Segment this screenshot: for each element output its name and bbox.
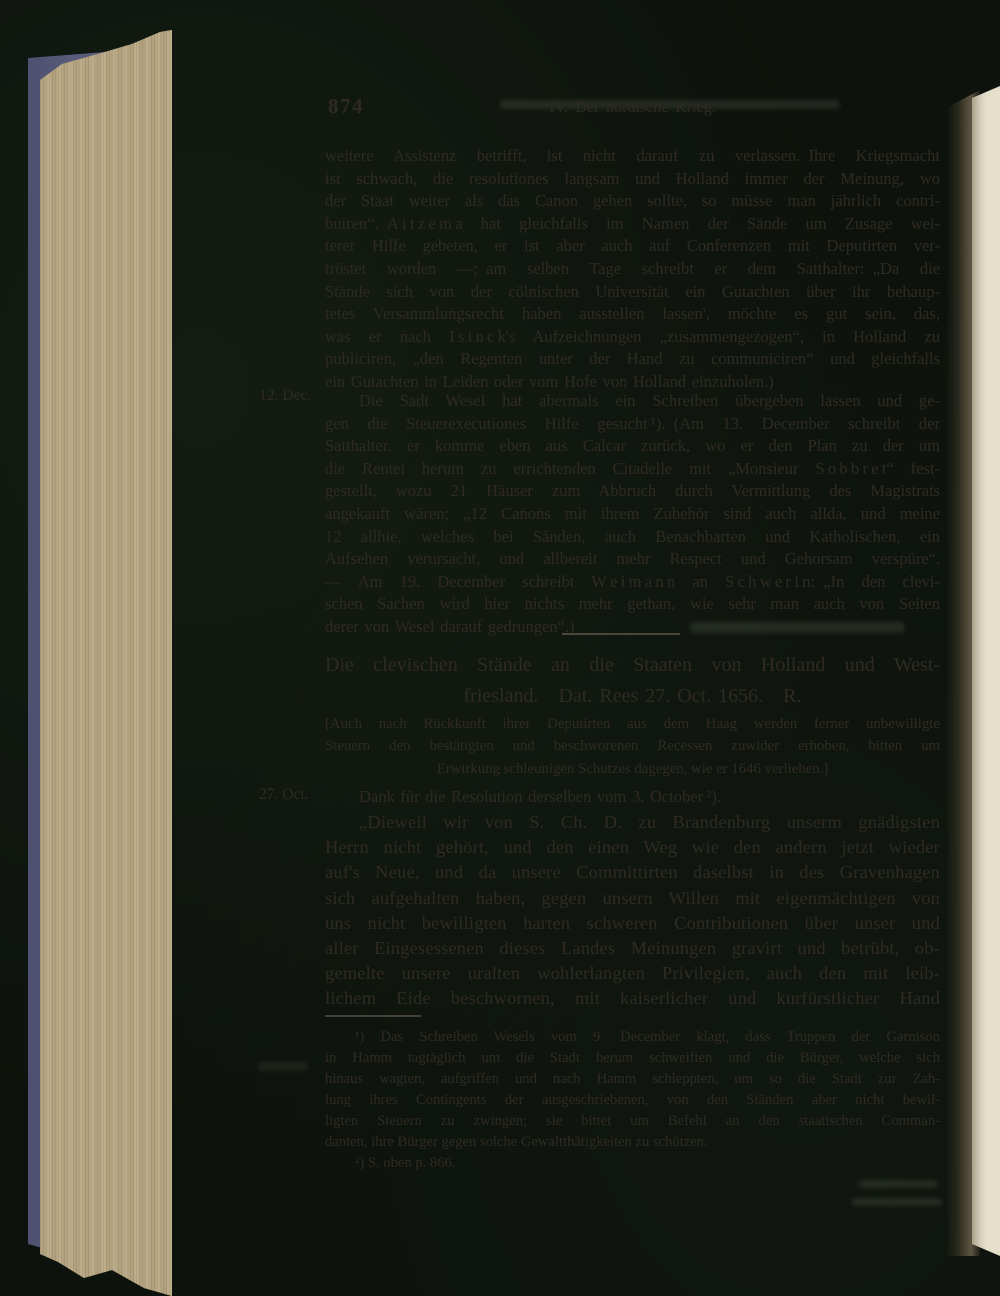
- document-summary: [Auch nach Rückkunft ihrer Deputirten au…: [325, 713, 940, 780]
- footnote: ²) S. oben p. 866.: [325, 1155, 940, 1172]
- footnote-line: ligten Steuern zu zwingen; sie bittet um…: [325, 1111, 940, 1132]
- running-header: IV. Der nordische Krieg.: [325, 99, 940, 117]
- document-heading: Die clevischen Stände an die Staaten von…: [325, 650, 940, 712]
- footnote-line: in Hamm tagtäglich um die Stadt herum sc…: [325, 1048, 940, 1069]
- text-line: auf's Neue, und da unsere Committirten d…: [325, 860, 940, 885]
- section-divider-rule: [562, 633, 680, 635]
- text-line: tetes Versammlungsrecht haben ausstellen…: [325, 303, 940, 326]
- heading-line: Die clevischen Stände an die Staaten von…: [325, 650, 940, 681]
- text-line: was er nach I s i n c k's Aufzeichnungen…: [325, 326, 940, 349]
- text-line: aller Eingesessenen dieses Landes Meinun…: [325, 936, 940, 961]
- text-line: angekauft wären; „12 Canons mit ihrem Zu…: [325, 503, 940, 526]
- text-line: der Staat weiter als das Canon gehen sol…: [325, 190, 940, 213]
- summary-line: [Auch nach Rückkunft ihrer Deputirten au…: [325, 713, 940, 735]
- margin-note-date: 27. Oct.: [259, 786, 321, 804]
- text-line: Aufsehen verursacht, und allbereit mehr …: [325, 548, 940, 571]
- text-line: uns nicht bewilligten harten schweren Co…: [325, 911, 940, 936]
- text-line: — Am 19. December schreibt W e i m a n n…: [325, 571, 940, 594]
- show-through-smudge: [258, 1062, 308, 1071]
- text-line: weitere Assistenz betrifft, ist nicht da…: [325, 145, 940, 168]
- text-line: derer von Wesel darauf gedrungen“.): [325, 616, 940, 639]
- text-line: gen die Steuerexecutiones Hilfe gesucht …: [325, 413, 940, 436]
- text-line: buiren“. A i t z e m a hat gleichfalls i…: [325, 213, 940, 236]
- text-line: Satthalter, er komme eben aus Calcar zur…: [325, 435, 940, 458]
- text-line: die Rentei herum zu errichtenden Citadel…: [325, 458, 940, 481]
- quote-paragraph: „Dieweil wir von S. Ch. D. zu Brandenbur…: [325, 810, 940, 1012]
- footnote-line: danten, ihre Bürger gegen solche Gewaltt…: [325, 1132, 940, 1153]
- text-line: publiciren, „den Regenten unter der Hand…: [325, 348, 940, 371]
- opening-line: Dank für die Resolution derselben vom 3.…: [325, 786, 940, 809]
- body-paragraph: weitere Assistenz betrifft, ist nicht da…: [325, 145, 940, 394]
- text-line: tröstet worden —; am selben Tage schreib…: [325, 258, 940, 281]
- show-through-smudge: [858, 1180, 938, 1188]
- text-line: Herrn nicht gehört, und den einen Weg wi…: [325, 835, 940, 860]
- heading-line: friesland. Dat. Rees 27. Oct. 1656. R.: [325, 681, 940, 712]
- text-line: gemelte unsere uralten wohlerlangten Pri…: [325, 961, 940, 986]
- footnote: ¹) Das Schreiben Wesels vom 9. December …: [325, 1027, 940, 1153]
- text-line: sich aufgehalten haben, gegen unsern Wil…: [325, 886, 940, 911]
- text-line: Stände sich von der cölnischen Universit…: [325, 281, 940, 304]
- body-paragraph: Die Sadt Wesel hat abermals ein Schreibe…: [325, 390, 940, 639]
- summary-line: Erwirkung schleunigen Schutzes dagegen, …: [325, 758, 940, 780]
- scanned-book-page: 874 IV. Der nordische Krieg. 12. Dec. 27…: [0, 0, 1000, 1296]
- summary-line: Steuern den bestätigten und beschworenen…: [325, 735, 940, 757]
- footnote-line: ¹) Das Schreiben Wesels vom 9. December …: [325, 1027, 940, 1048]
- text-line: terer Hilfe gebeten, er ist aber auch au…: [325, 235, 940, 258]
- text-line: „Dieweil wir von S. Ch. D. zu Brandenbur…: [325, 810, 940, 835]
- footnote-line: hinaus wagten, aufgriffen und nach Hamm …: [325, 1069, 940, 1090]
- text-line: 12 allhie, welches bei Sänden, auch Bena…: [325, 526, 940, 549]
- text-line: ist schwach, die resolutiones langsam un…: [325, 168, 940, 191]
- text-line: Die Sadt Wesel hat abermals ein Schreibe…: [325, 390, 940, 413]
- text-line: gestellt, wozu 21 Häuser zum Abbruch dur…: [325, 480, 940, 503]
- adjacent-page-edge: [972, 86, 1000, 1256]
- text-line: schen Sachen wird hier nichts mehr getha…: [325, 593, 940, 616]
- text-line: lichem Eide beschwornen, mit kaiserliche…: [325, 986, 940, 1011]
- footnote-line: lung ihres Contingents der ausgeschriebe…: [325, 1090, 940, 1111]
- margin-note-date: 12. Dec.: [259, 387, 321, 405]
- show-through-smudge: [852, 1198, 942, 1206]
- footnote-separator-rule: [325, 1015, 421, 1017]
